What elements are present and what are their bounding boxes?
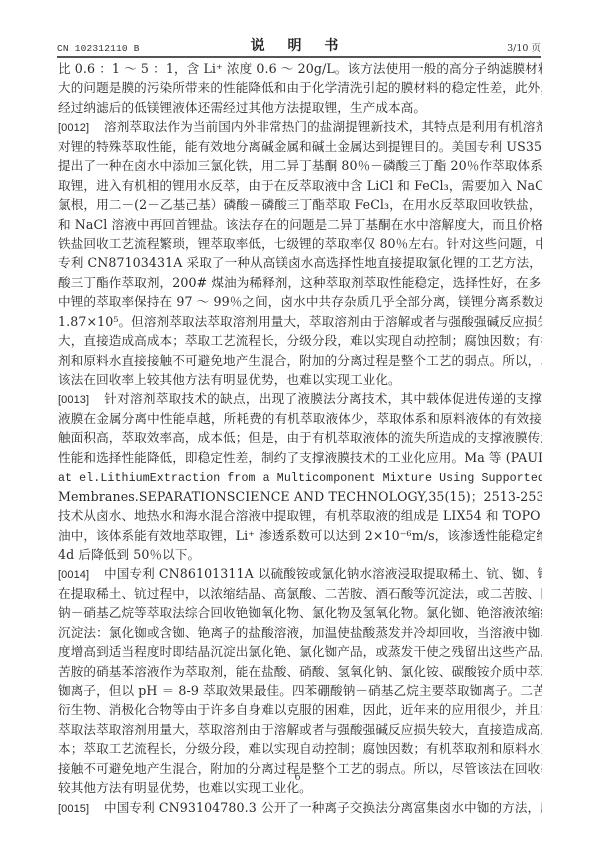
text-line: 油中，该体系能有效地萃取锂，Li⁺ 渗透系数可以达到 2×10⁻⁶m/s，该渗透… [58,526,542,545]
line-text: 性能和选择性能降低，即稳定性差，制约了支撑液膜技术的工业化应用。Ma 等 (PA… [58,450,542,465]
text-line: 触面积高，萃取效率高，成本低；但是，由于有机萃取液体的流失所造成的支撑液膜传递 [58,428,542,447]
text-line: 取锂，进入有机相的锂用水反萃，由于在反萃取液中含 LiCl 和 FeCl₃，需要… [58,176,542,195]
line-text: 铷离子，但以 pH ＝ 8-9 萃取效果最佳。四苯硼酸钠－硝基乙烷主要萃取铷离子… [58,683,542,698]
text-line: [0012]溶剂萃取法作为当前国内外非常热门的盐湖提锂新技术，其特点是利用有机溶… [58,117,542,136]
text-line: 比 0.6 ：1 ～ 5 ：1，含 Li⁺ 浓度 0.6 ～ 20g/L。该方法… [58,59,542,78]
paragraph-number: [0015] [58,800,104,817]
text-line: 经过纳滤后的低镁锂液体还需经过其他方法提取锂，生产成本高。 [58,98,542,117]
text-line: 性能和选择性能降低，即稳定性差，制约了支撑液膜技术的工业化应用。Ma 等 (PA… [58,448,542,467]
header-rule [57,56,541,58]
page-number: 6 [0,772,595,783]
text-line: 大的问题是膜的污染所带来的性能降低和由于化学清洗引起的膜材料的稳定性差，此外， [58,78,542,97]
paragraph-number: [0014] [58,566,104,583]
text-line: [0013]针对溶剂萃取技术的缺点，出现了液膜法分离技术，其中载体促进传递的支撑 [58,389,542,408]
line-text: 和 NaCl 溶液中再回首锂盐。该法存在的问题是二异丁基酮在水中溶解度大，而且价… [58,217,542,232]
document-title: 说 明 书 [57,35,541,55]
paragraph-0012: [0012]溶剂萃取法作为当前国内外非常热门的盐湖提锂新技术，其特点是利用有机溶… [58,117,542,389]
line-text: 在提取稀土、钪过程中，以浓缩结晶、高氯酸、二苦胺、酒石酸等沉淀法，或二苦胺、四苯… [58,586,542,601]
paragraph-continued: 比 0.6 ：1 ～ 5 ：1，含 Li⁺ 浓度 0.6 ～ 20g/L。该方法… [58,59,542,117]
line-text: 针对溶剂萃取技术的缺点，出现了液膜法分离技术，其中载体促进传递的支撑 [104,391,542,406]
line-text: 度增高到适当程度时即结晶沉淀出氯化铯、氯化铷产品，或蒸发干使之残留出这些产品。二 [58,644,542,659]
text-line: 氯根，用二－(2－乙基己基）磷酸－磷酸三丁酯萃取 FeCl₃，在用水反萃取回收铁… [58,195,542,214]
text-line: 在提取稀土、钪过程中，以浓缩结晶、高氯酸、二苦胺、酒石酸等沉淀法，或二苦胺、四苯… [58,584,542,603]
page-indicator: 3/10 页 [507,40,541,54]
page-header: CN 102312110 B 说 明 书 3/10 页 [57,36,541,56]
line-text: 氯根，用二－(2－乙基己基）磷酸－磷酸三丁酯萃取 FeCl₃，在用水反萃取回收铁… [58,197,542,212]
text-line: 提出了一种在卤水中添加三氯化铁，用二异丁基酮 80％－磷酸三丁酯 20％作萃取体… [58,156,542,175]
text-line: 铁盐回收工艺流程繁琐，锂萃取率低，七级锂的萃取率仅 80％左右。针对这些问题，中… [58,234,542,253]
line-text: 大的问题是膜的污染所带来的性能降低和由于化学清洗引起的膜材料的稳定性差，此外， [58,80,542,95]
text-line: 本；萃取工艺流程长，分级分段，难以实现自动控制；腐蚀因数；有机萃取剂和原料水直接 [58,739,542,758]
line-text: 中国专利 CN93104780.3 公开了一种离子交换法分离富集卤水中铷的方法，… [104,800,542,815]
paragraph-number: [0012] [58,119,104,136]
line-text: 铁盐回收工艺流程繁琐，锂萃取率低，七级锂的萃取率仅 80％左右。针对这些问题，中… [58,236,542,251]
text-line: 专利 CN87103431A 采取了一种从高镁卤水高选择性地直接提取氯化锂的工艺… [58,253,542,272]
text-line: Membranes.SEPARATIONSCIENCE AND TECHNOLO… [58,487,542,506]
line-text: 液膜在金属分离中性能卓越，所耗费的有机萃取液体少，萃取体系和原料液体的有效接 [58,411,542,426]
text-line: 中锂的萃取率保持在 97 ～ 99％之间，卤水中共存杂质几乎全部分离，镁锂分离系… [58,292,542,311]
text-line: 剂和原料水直接接触不可避免地产生混合，附加的分离过程是整个工艺的弱点。所以，尽管 [58,351,542,370]
line-text: 经过纳滤后的低镁锂液体还需经过其他方法提取锂，生产成本高。 [58,100,426,115]
text-line: 液膜在金属分离中性能卓越，所耗费的有机萃取液体少，萃取体系和原料液体的有效接 [58,409,542,428]
text-line: 铷离子，但以 pH ＝ 8-9 萃取效果最佳。四苯硼酸钠－硝基乙烷主要萃取铷离子… [58,681,542,700]
line-text: 比 0.6 ：1 ～ 5 ：1，含 Li⁺ 浓度 0.6 ～ 20g/L。该方法… [58,61,542,76]
text-line: 度增高到适当程度时即结晶沉淀出氯化铯、氯化铷产品，或蒸发干使之残留出这些产品。二 [58,642,542,661]
line-text: 4d 后降低到 50％以下。 [58,547,200,562]
line-text: 酸三丁酯作萃取剂，200# 煤油为稀释剂，这种萃取剂萃取性能稳定，选择性好，在多… [58,275,542,290]
text-line: 1.87×10⁵。但溶剂萃取法萃取溶剂用量大，萃取溶剂由于溶解或者与强酸强碱反应… [58,312,542,331]
text-line: 4d 后降低到 50％以下。 [58,545,542,564]
line-text: 沉淀法：氯化铷或含铷、铯离子的盐酸溶液，加温使盐酸蒸发并冷却回收，当溶液中铷、铯… [58,625,542,640]
line-text: 技术从卤水、地热水和海水混合溶液中提取锂，有机萃取液的组成是 LIX54 和 T… [58,508,542,523]
line-text: 大，直接造成高成本；萃取工艺流程长，分级分段，难以实现自动控制；腐蚀因数；有机萃… [58,333,542,348]
text-line: at el.LithiumExtraction from a Multicomp… [58,467,542,486]
line-text: 本；萃取工艺流程长，分级分段，难以实现自动控制；腐蚀因数；有机萃取剂和原料水直接 [58,741,542,756]
paragraph-0015: [0015]中国专利 CN93104780.3 公开了一种离子交换法分离富集卤水… [58,798,542,817]
line-text: 专利 CN87103431A 采取了一种从高镁卤水高选择性地直接提取氯化锂的工艺… [58,255,542,270]
text-line: 和 NaCl 溶液中再回首锂盐。该法存在的问题是二异丁基酮在水中溶解度大，而且价… [58,215,542,234]
text-line: 技术从卤水、地热水和海水混合溶液中提取锂，有机萃取液的组成是 LIX54 和 T… [58,506,542,525]
line-text: 中国专利 CN86101311A 以硫酸铵或氯化钠水溶液浸取提取稀土、钪、铷、铯… [104,566,542,581]
document-body: 比 0.6 ：1 ～ 5 ：1，含 Li⁺ 浓度 0.6 ～ 20g/L。该方法… [58,59,542,817]
line-text: 衍生物、消极化合物等由于许多自身难以克服的困难，因此，近年来的应用很少，并且溶剂 [58,702,542,717]
text-line: 大，直接造成高成本；萃取工艺流程长，分级分段，难以实现自动控制；腐蚀因数；有机萃… [58,331,542,350]
line-text: 萃取法萃取溶剂用量大，萃取溶剂由于溶解或者与强酸强碱反应损失较大，直接造成高成 [58,722,542,737]
line-text: 提出了一种在卤水中添加三氯化铁，用二异丁基酮 80％－磷酸三丁酯 20％作萃取体… [58,158,542,173]
text-line: 酸三丁酯作萃取剂，200# 煤油为稀释剂，这种萃取剂萃取性能稳定，选择性好，在多… [58,273,542,292]
line-text: 钠－硝基乙烷等萃取法综合回收铯铷氧化物、氯化物及氢氧化物。氯化铷、铯溶液浓缩结晶 [58,605,542,620]
line-text: Membranes.SEPARATIONSCIENCE AND TECHNOLO… [58,489,542,504]
paragraph-0013: [0013]针对溶剂萃取技术的缺点，出现了液膜法分离技术，其中载体促进传递的支撑… [58,389,542,564]
line-text: 该法在回收率上较其他方法有明显优势，也难以实现工业化。 [58,372,401,387]
line-text: at el.LithiumExtraction from a Multicomp… [58,472,542,485]
text-line: 对锂的特殊萃取性能，能有效地分离碱金属和碱土金属达到提锂目的。美国专利 US35… [58,137,542,156]
line-text: 苦胺的硝基苯溶液作为萃取剂，能在盐酸、硝酸、氢氧化钠、氯化铵、碳酸铵介质中萃取铯… [58,664,542,679]
line-text: 取锂，进入有机相的锂用水反萃，由于在反萃取液中含 LiCl 和 FeCl₃，需要… [58,178,542,193]
text-line: 该法在回收率上较其他方法有明显优势，也难以实现工业化。 [58,370,542,389]
line-text: 对锂的特殊萃取性能，能有效地分离碱金属和碱土金属达到提锂目的。美国专利 US35… [58,139,542,154]
text-line: 沉淀法：氯化铷或含铷、铯离子的盐酸溶液，加温使盐酸蒸发并冷却回收，当溶液中铷、铯… [58,623,542,642]
text-line: [0015]中国专利 CN93104780.3 公开了一种离子交换法分离富集卤水… [58,798,542,817]
paragraph-0014: [0014]中国专利 CN86101311A 以硫酸铵或氯化钠水溶液浸取提取稀土… [58,564,542,797]
paragraph-number: [0013] [58,391,104,408]
line-text: 中锂的萃取率保持在 97 ～ 99％之间，卤水中共存杂质几乎全部分离，镁锂分离系… [58,294,542,309]
text-line: [0014]中国专利 CN86101311A 以硫酸铵或氯化钠水溶液浸取提取稀土… [58,564,542,583]
text-line: 苦胺的硝基苯溶液作为萃取剂，能在盐酸、硝酸、氢氧化钠、氯化铵、碳酸铵介质中萃取铯… [58,662,542,681]
text-line: 萃取法萃取溶剂用量大，萃取溶剂由于溶解或者与强酸强碱反应损失较大，直接造成高成 [58,720,542,739]
line-text: 触面积高，萃取效率高，成本低；但是，由于有机萃取液体的流失所造成的支撑液膜传递 [58,430,542,445]
text-line: 衍生物、消极化合物等由于许多自身难以克服的困难，因此，近年来的应用很少，并且溶剂 [58,700,542,719]
line-text: 1.87×10⁵。但溶剂萃取法萃取溶剂用量大，萃取溶剂由于溶解或者与强酸强碱反应… [58,314,542,329]
line-text: 剂和原料水直接接触不可避免地产生混合，附加的分离过程是整个工艺的弱点。所以，尽管 [58,353,542,368]
line-text: 溶剂萃取法作为当前国内外非常热门的盐湖提锂新技术，其特点是利用有机溶剂 [104,119,542,134]
line-text: 油中，该体系能有效地萃取锂，Li⁺ 渗透系数可以达到 2×10⁻⁶m/s，该渗透… [58,528,542,543]
text-line: 钠－硝基乙烷等萃取法综合回收铯铷氧化物、氯化物及氢氧化物。氯化铷、铯溶液浓缩结晶 [58,603,542,622]
